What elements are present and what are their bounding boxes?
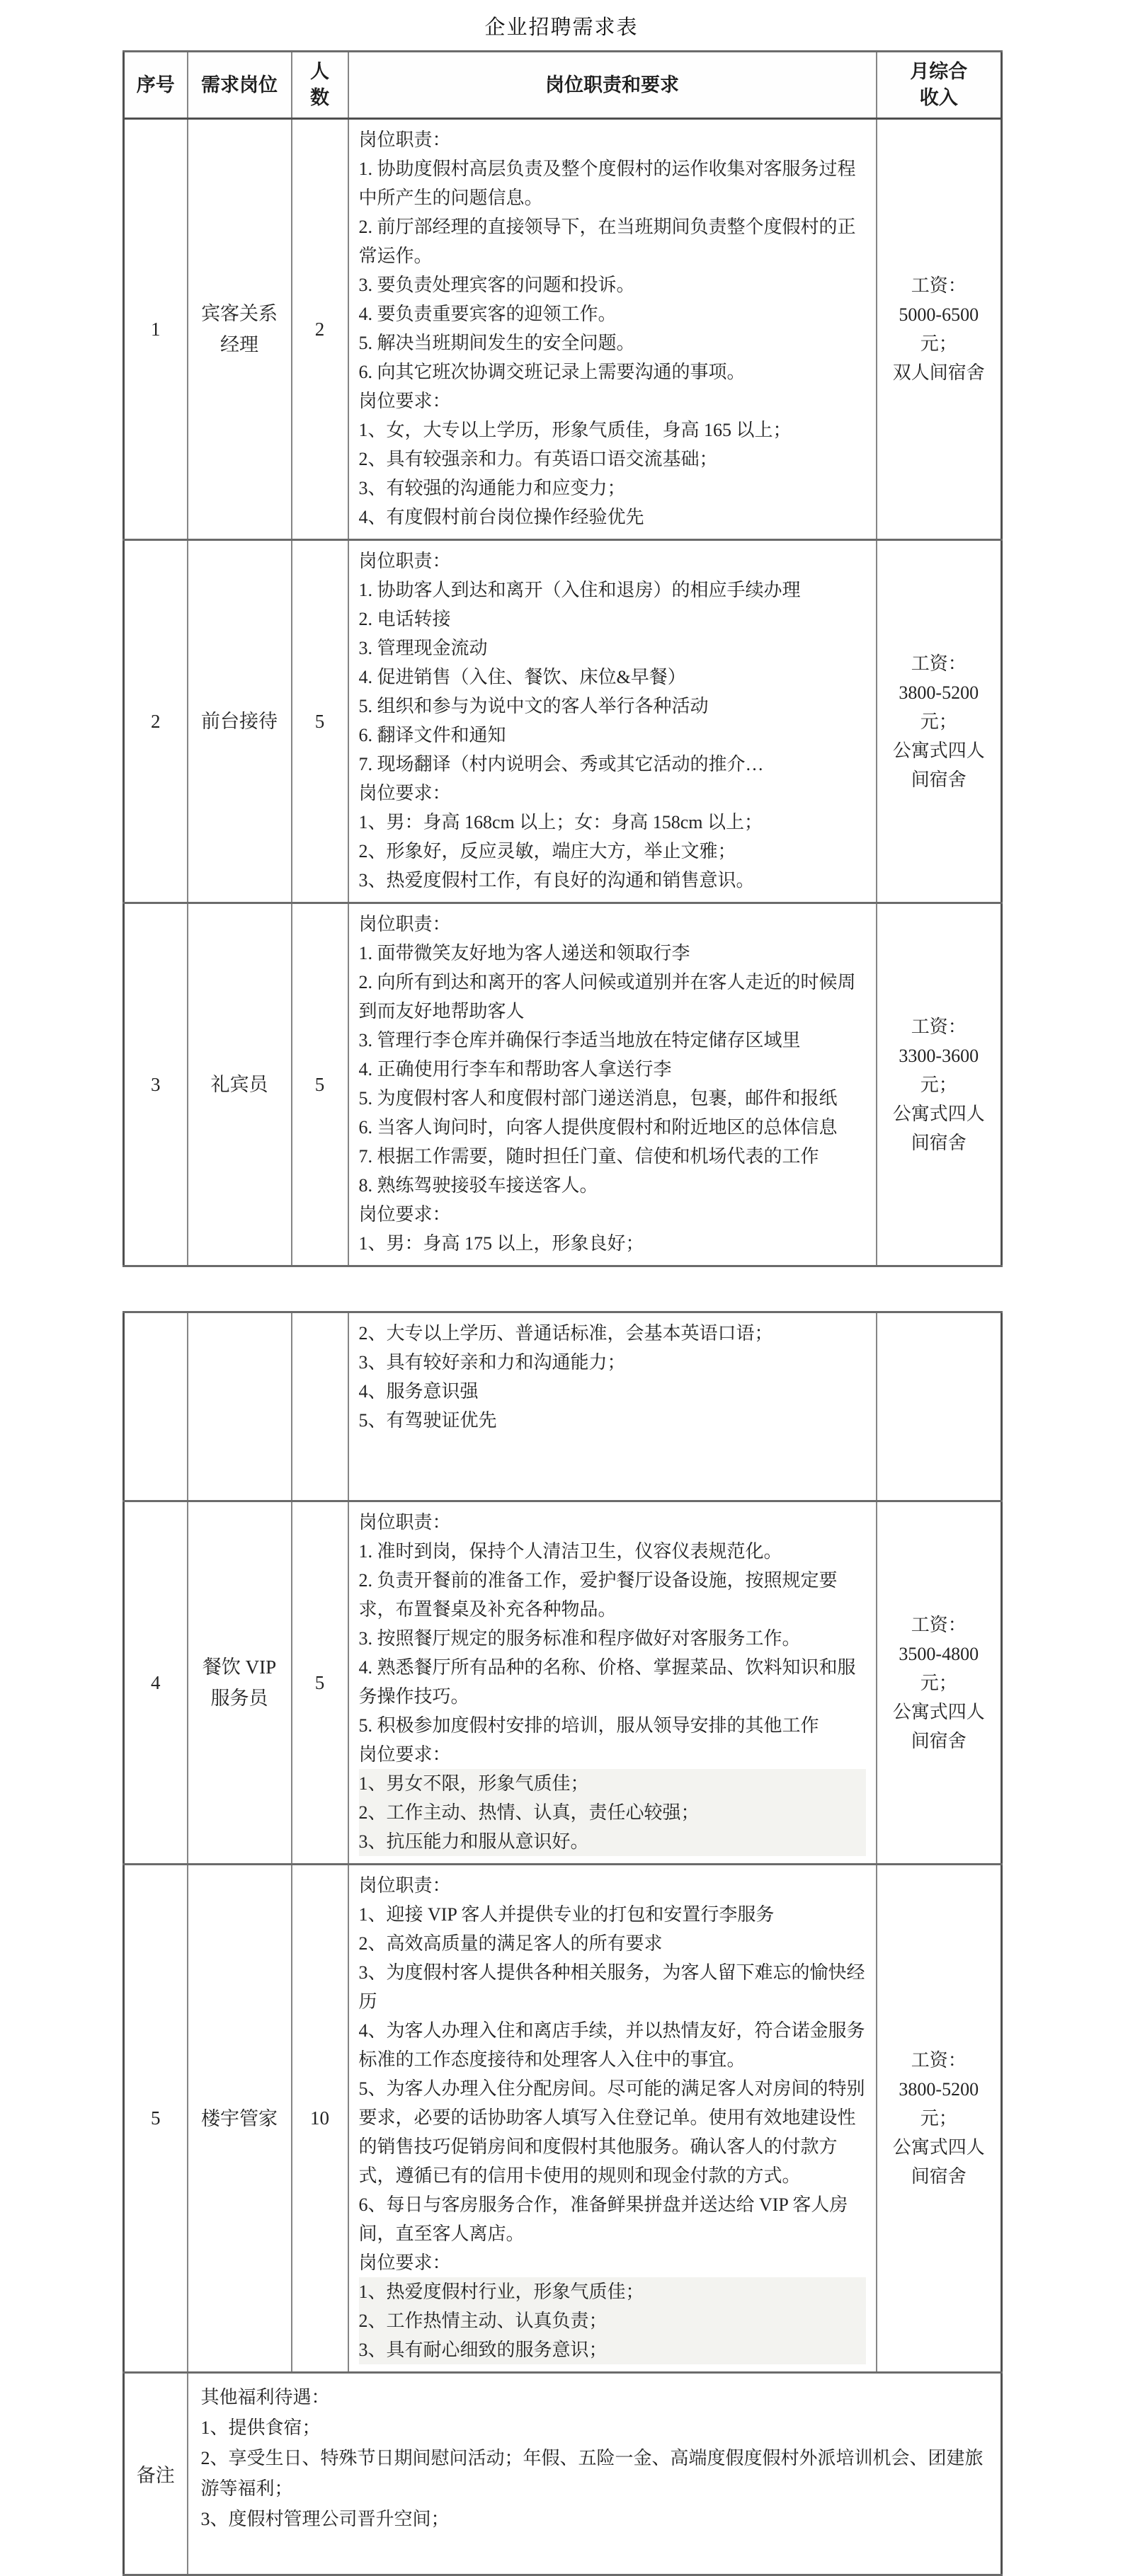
detail-line: 岗位职责：: [359, 546, 866, 576]
detail-line: 7. 根据工作需要，随时担任门童、信使和机场代表的工作: [359, 1142, 866, 1171]
detail-line: 4. 促进销售（入住、餐饮、床位&早餐）: [359, 663, 866, 692]
detail-line: 岗位职责：: [359, 1871, 866, 1900]
detail-line: 岗位职责：: [359, 1508, 866, 1537]
detail-line: 3. 管理行李仓库并确保行李适当地放在特定储存区域里: [359, 1026, 866, 1055]
empty-headcount-cell: [292, 1312, 348, 1501]
detail-line: 2、形象好，反应灵敏，端庄大方，举止文雅；: [359, 837, 866, 866]
salary-line: 工资：: [884, 649, 994, 678]
detail-line: 2、工作主动、热情、认真，责任心较强；: [359, 1798, 866, 1827]
header-cell-2: 人 数: [292, 52, 348, 119]
remark-line: 其他福利待遇：: [201, 2382, 991, 2412]
detail-line: 2. 前厅部经理的直接领导下，在当班期间负责整个度假村的正常运作。: [359, 212, 866, 270]
detail-line: 2、高效高质量的满足客人的所有要求: [359, 1929, 866, 1958]
detail-line: 3、具有较好亲和力和沟通能力；: [359, 1348, 866, 1377]
detail-line: 4、服务意识强: [359, 1377, 866, 1406]
detail-line: 3、有较强的沟通能力和应变力；: [359, 474, 866, 503]
salary-line: 3800-5200: [884, 678, 994, 707]
header-cell-3: 岗位职责和要求: [348, 52, 877, 119]
detail-line: 岗位要求：: [359, 387, 866, 416]
recruitment-table-page1: 序号需求岗位人 数岗位职责和要求月综合 收入1宾客关系经理2岗位职责：1. 协助…: [122, 50, 1003, 1267]
detail-line: 1、女，大专以上学历，形象气质佳，身高 165 以上；: [359, 416, 866, 445]
position-cell: 餐饮 VIP 服务员: [188, 1501, 292, 1865]
row-number-cell: 3: [124, 903, 188, 1266]
detail-line: 1. 面带微笑友好地为客人递送和领取行李: [359, 939, 866, 968]
salary-line: 元；: [884, 1070, 994, 1099]
salary-line: 工资：: [884, 1012, 994, 1041]
detail-line: 岗位要求：: [359, 779, 866, 808]
continuation-row: 2、大专以上学历、普通话标准，会基本英语口语；3、具有较好亲和力和沟通能力；4、…: [124, 1312, 1002, 1501]
detail-line: 1. 协助客人到达和离开（入住和退房）的相应手续办理: [359, 576, 866, 605]
salary-line: 工资：: [884, 271, 994, 300]
salary-line: 元；: [884, 329, 994, 358]
salary-cell: 工资：3800-5200元；公寓式四人间宿舍: [877, 540, 1002, 903]
detail-line: 1、热爱度假村行业，形象气质佳；: [359, 2277, 866, 2306]
detail-line: 1. 协助度假村高层负责及整个度假村的运作收集对客服务过程中所产生的问题信息。: [359, 154, 866, 212]
row-number-cell: 1: [124, 119, 188, 540]
detail-line: 5. 组织和参与为说中文的客人举行各种活动: [359, 692, 866, 721]
remark-line: 2、享受生日、特殊节日期间慰问活动；年假、五险一金、高端度假度假村外派培训机会、…: [201, 2443, 991, 2504]
salary-line: 公寓式四人间宿舍: [884, 2133, 994, 2191]
detail-line: 4、为客人办理入住和离店手续，并以热情友好，符合诺金服务标准的工作态度接待和处理…: [359, 2016, 866, 2074]
document-sheet: 企业招聘需求表 序号需求岗位人 数岗位职责和要求月综合 收入1宾客关系经理2岗位…: [122, 0, 1001, 2576]
detail-line: 4. 熟悉餐厅所有品种的名称、价格、掌握菜品、饮料知识和服务操作技巧。: [359, 1653, 866, 1711]
salary-line: 工资：: [884, 1610, 994, 1639]
headcount-cell: 5: [292, 903, 348, 1266]
remark-line: 1、提供食宿；: [201, 2412, 991, 2443]
salary-line: 3300-3600: [884, 1041, 994, 1070]
details-cell: 岗位职责：1. 准时到岗，保持个人清洁卫生，仪容仪表规范化。2. 负责开餐前的准…: [348, 1501, 877, 1865]
detail-line: 岗位职责：: [359, 910, 866, 939]
detail-line: 1、男：身高 175 以上，形象良好；: [359, 1229, 866, 1258]
headcount-cell: 10: [292, 1865, 348, 2373]
detail-line: 3. 管理现金流动: [359, 634, 866, 663]
page-break-gap: [122, 1267, 1001, 1311]
detail-line: 8. 熟练驾驶接驳车接送客人。: [359, 1171, 866, 1200]
detail-line: 4. 要负责重要宾客的迎领工作。: [359, 299, 866, 328]
detail-line: 5. 积极参加度假村安排的培训，服从领导安排的其他工作: [359, 1711, 866, 1740]
remark-row: 备注其他福利待遇：1、提供食宿；2、享受生日、特殊节日期间慰问活动；年假、五险一…: [124, 2373, 1002, 2575]
detail-line: 1、男：身高 168cm 以上；女：身高 158cm 以上；: [359, 808, 866, 837]
job-row: 4餐饮 VIP 服务员5岗位职责：1. 准时到岗，保持个人清洁卫生，仪容仪表规范…: [124, 1501, 1002, 1865]
row-number-cell: 4: [124, 1501, 188, 1865]
job-row: 1宾客关系经理2岗位职责：1. 协助度假村高层负责及整个度假村的运作收集对客服务…: [124, 119, 1002, 540]
detail-line: 7. 现场翻译（村内说明会、秀或其它活动的推介…: [359, 750, 866, 779]
detail-line: 3. 要负责处理宾客的问题和投诉。: [359, 270, 866, 299]
details-cell: 岗位职责：1. 面带微笑友好地为客人递送和领取行李2. 向所有到达和离开的客人问…: [348, 903, 877, 1266]
detail-line: 岗位要求：: [359, 1200, 866, 1229]
salary-line: 元；: [884, 707, 994, 736]
detail-line: 岗位要求：: [359, 1740, 866, 1769]
row-number-cell: 5: [124, 1865, 188, 2373]
detail-line: 6、每日与客房服务合作，准备鲜果拼盘并送达给 VIP 客人房间，直至客人离店。: [359, 2190, 866, 2248]
salary-line: 公寓式四人间宿舍: [884, 1698, 994, 1756]
salary-cell: 工资：3500-4800元；公寓式四人间宿舍: [877, 1501, 1002, 1865]
detail-line: 3、为度假村客人提供各种相关服务，为客人留下难忘的愉快经历: [359, 1958, 866, 2016]
position-cell: 前台接待: [188, 540, 292, 903]
header-cell-1: 需求岗位: [188, 52, 292, 119]
position-cell: 楼宇管家: [188, 1865, 292, 2373]
detail-line: 3、具有耐心细致的服务意识；: [359, 2335, 866, 2364]
header-cell-0: 序号: [124, 52, 188, 119]
salary-line: 5000-6500: [884, 300, 994, 329]
position-cell: 宾客关系经理: [188, 119, 292, 540]
salary-cell: 工资：5000-6500元；双人间宿舍: [877, 119, 1002, 540]
salary-line: 工资：: [884, 2046, 994, 2075]
recruitment-table-page2: 2、大专以上学历、普通话标准，会基本英语口语；3、具有较好亲和力和沟通能力；4、…: [122, 1311, 1003, 2576]
detail-line: 5. 为度假村客人和度假村部门递送消息，包裹，邮件和报纸: [359, 1084, 866, 1113]
detail-line: 6. 向其它班次协调交班记录上需要沟通的事项。: [359, 357, 866, 387]
salary-cell: 工资：3800-5200元；公寓式四人间宿舍: [877, 1865, 1002, 2373]
detail-line: 5. 解决当班期间发生的安全问题。: [359, 328, 866, 357]
detail-line: 4、有度假村前台岗位操作经验优先: [359, 503, 866, 532]
detail-line: 2. 电话转接: [359, 605, 866, 634]
detail-line: 3. 按照餐厅规定的服务标准和程序做好对客服务工作。: [359, 1624, 866, 1653]
salary-line: 公寓式四人间宿舍: [884, 736, 994, 794]
detail-line: 2. 负责开餐前的准备工作，爱护餐厅设备设施，按照规定要求，布置餐桌及补充各种物…: [359, 1566, 866, 1624]
salary-line: 元；: [884, 2104, 994, 2133]
salary-line: 3800-5200: [884, 2075, 994, 2104]
empty-number-cell: [124, 1312, 188, 1501]
salary-line: 公寓式四人间宿舍: [884, 1099, 994, 1157]
detail-line: 岗位职责：: [359, 125, 866, 154]
headcount-cell: 5: [292, 1501, 348, 1865]
headcount-cell: 2: [292, 119, 348, 540]
empty-salary-cell: [877, 1312, 1002, 1501]
detail-line: 6. 翻译文件和通知: [359, 721, 866, 750]
row-number-cell: 2: [124, 540, 188, 903]
salary-cell: 工资：3300-3600元；公寓式四人间宿舍: [877, 903, 1002, 1266]
position-cell: 礼宾员: [188, 903, 292, 1266]
remark-label-cell: 备注: [124, 2373, 188, 2575]
empty-position-cell: [188, 1312, 292, 1501]
remark-line: 3、度假村管理公司晋升空间；: [201, 2504, 991, 2534]
page-title: 企业招聘需求表: [122, 11, 1001, 40]
headcount-cell: 5: [292, 540, 348, 903]
job-row: 5楼宇管家10岗位职责：1、迎接 VIP 客人并提供专业的打包和安置行李服务2、…: [124, 1865, 1002, 2373]
detail-line: 2、具有较强亲和力。有英语口语交流基础；: [359, 445, 866, 474]
detail-line: 2. 向所有到达和离开的客人问候或道别并在客人走近的时候周到而友好地帮助客人: [359, 968, 866, 1026]
details-cell: 岗位职责：1. 协助客人到达和离开（入住和退房）的相应手续办理2. 电话转接3.…: [348, 540, 877, 903]
detail-line: 5、为客人办理入住分配房间。尽可能的满足客人对房间的特别要求，必要的话协助客人填…: [359, 2074, 866, 2190]
detail-line: 3、热爱度假村工作，有良好的沟通和销售意识。: [359, 866, 866, 895]
job-row: 2前台接待5岗位职责：1. 协助客人到达和离开（入住和退房）的相应手续办理2. …: [124, 540, 1002, 903]
header-row: 序号需求岗位人 数岗位职责和要求月综合 收入: [124, 52, 1002, 119]
details-cell: 2、大专以上学历、普通话标准，会基本英语口语；3、具有较好亲和力和沟通能力；4、…: [348, 1312, 877, 1501]
remark-content-cell: 其他福利待遇：1、提供食宿；2、享受生日、特殊节日期间慰问活动；年假、五险一金、…: [188, 2373, 1002, 2575]
detail-line: 2、工作热情主动、认真负责；: [359, 2306, 866, 2335]
detail-line: 1、男女不限，形象气质佳；: [359, 1769, 866, 1798]
details-cell: 岗位职责：1. 协助度假村高层负责及整个度假村的运作收集对客服务过程中所产生的问…: [348, 119, 877, 540]
detail-line: 2、大专以上学历、普通话标准，会基本英语口语；: [359, 1319, 866, 1348]
salary-line: 双人间宿舍: [884, 358, 994, 387]
header-cell-4: 月综合 收入: [877, 52, 1002, 119]
salary-line: 3500-4800: [884, 1639, 994, 1668]
detail-line: 岗位要求：: [359, 2248, 866, 2277]
detail-line: 5、有驾驶证优先: [359, 1406, 866, 1435]
salary-line: 元；: [884, 1668, 994, 1698]
job-row: 3礼宾员5岗位职责：1. 面带微笑友好地为客人递送和领取行李2. 向所有到达和离…: [124, 903, 1002, 1266]
detail-line: 1. 准时到岗，保持个人清洁卫生，仪容仪表规范化。: [359, 1537, 866, 1566]
details-cell: 岗位职责：1、迎接 VIP 客人并提供专业的打包和安置行李服务2、高效高质量的满…: [348, 1865, 877, 2373]
detail-line: 1、迎接 VIP 客人并提供专业的打包和安置行李服务: [359, 1900, 866, 1929]
detail-line: 6. 当客人询问时，向客人提供度假村和附近地区的总体信息: [359, 1113, 866, 1142]
detail-line: 4. 正确使用行李车和帮助客人拿送行李: [359, 1055, 866, 1084]
detail-line: 3、抗压能力和服从意识好。: [359, 1827, 866, 1856]
